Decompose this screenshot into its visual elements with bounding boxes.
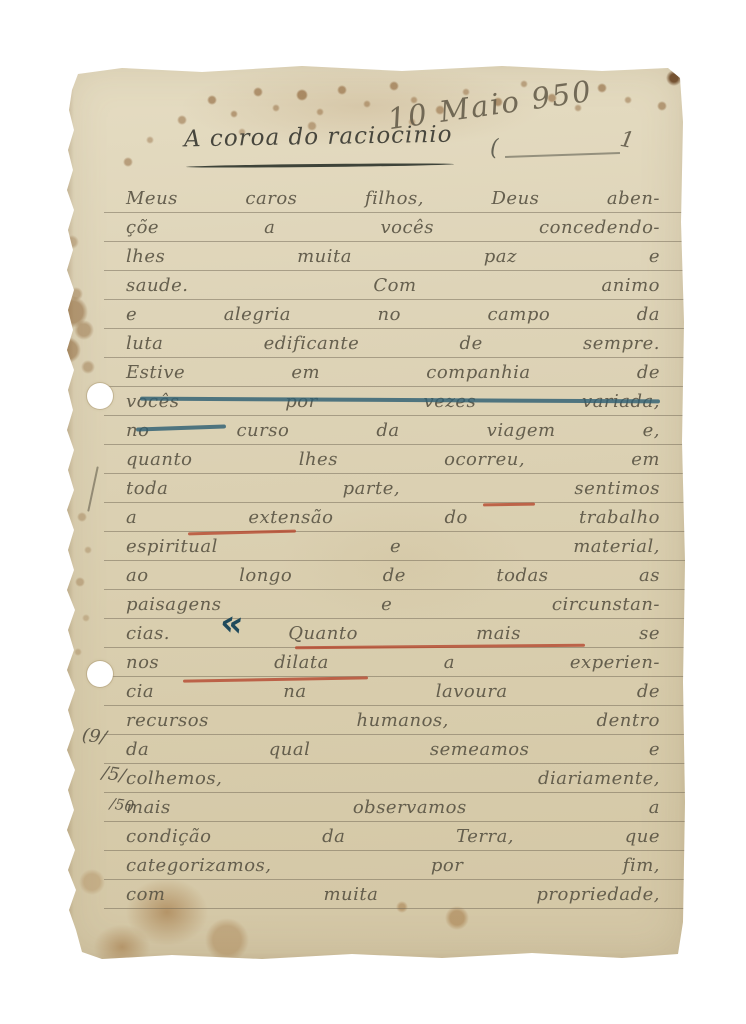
torn-left-edge-shading	[62, 62, 74, 960]
manuscript-date: 10 Maio 950	[386, 74, 595, 136]
manuscript-line: luta edificante de sempre.	[126, 329, 660, 358]
manuscript-paper-sheet: A coroa do raciocinio ( 10 Maio 950 1 Me…	[62, 62, 686, 960]
manuscript-line: condição da Terra, que	[126, 822, 660, 851]
manuscript-line: lhes muita paz e	[126, 242, 660, 271]
title-dash-stroke	[505, 152, 620, 158]
stray-pencil-mark	[87, 466, 99, 511]
manuscript-line: çõe a vocês concedendo-	[126, 213, 660, 242]
manuscript-line: nos dilata a experien-	[126, 648, 660, 677]
manuscript-line: espiritual e material,	[126, 532, 660, 561]
manuscript-line: a extensão do trabalho	[126, 503, 660, 532]
manuscript-line: no curso da viagem e,	[126, 416, 660, 445]
margin-note: /5/	[101, 762, 127, 786]
page-number: 1	[618, 127, 636, 154]
manuscript-line: Meus caros filhos, Deus aben-	[126, 184, 660, 213]
hole-punch-bottom	[87, 661, 113, 687]
manuscript-line: paisagens e circunstan-	[126, 590, 660, 619]
manuscript-line: ao longo de todas as	[126, 561, 660, 590]
blue-insert-chevron-mark: «	[218, 605, 246, 644]
manuscript-line: colhemos, diariamente,	[126, 764, 660, 793]
manuscript-line: e alegria no campo da	[126, 300, 660, 329]
manuscript-line: recursos humanos, dentro	[126, 706, 660, 735]
margin-note: (9/	[81, 724, 108, 748]
margin-note: /50	[109, 794, 135, 815]
hole-punch-top	[87, 383, 113, 409]
manuscript-line: com muita propriedade,	[126, 880, 660, 909]
manuscript-line: da qual semeamos e	[126, 735, 660, 764]
manuscript-line: quanto lhes ocorreu, em	[126, 445, 660, 474]
manuscript-body: Meus caros filhos, Deus aben- çõe a você…	[126, 184, 660, 909]
scan-background: A coroa do raciocinio ( 10 Maio 950 1 Me…	[0, 0, 746, 1024]
manuscript-line: categorizamos, por fim,	[126, 851, 660, 880]
manuscript-line: Estive em companhia de	[126, 358, 660, 387]
manuscript-line: saude. Com animo	[126, 271, 660, 300]
title-paren-mark: (	[490, 136, 499, 161]
title-underline-stroke	[186, 163, 454, 169]
manuscript-line: toda parte, sentimos	[126, 474, 660, 503]
manuscript-line: mais observamos a	[126, 793, 660, 822]
